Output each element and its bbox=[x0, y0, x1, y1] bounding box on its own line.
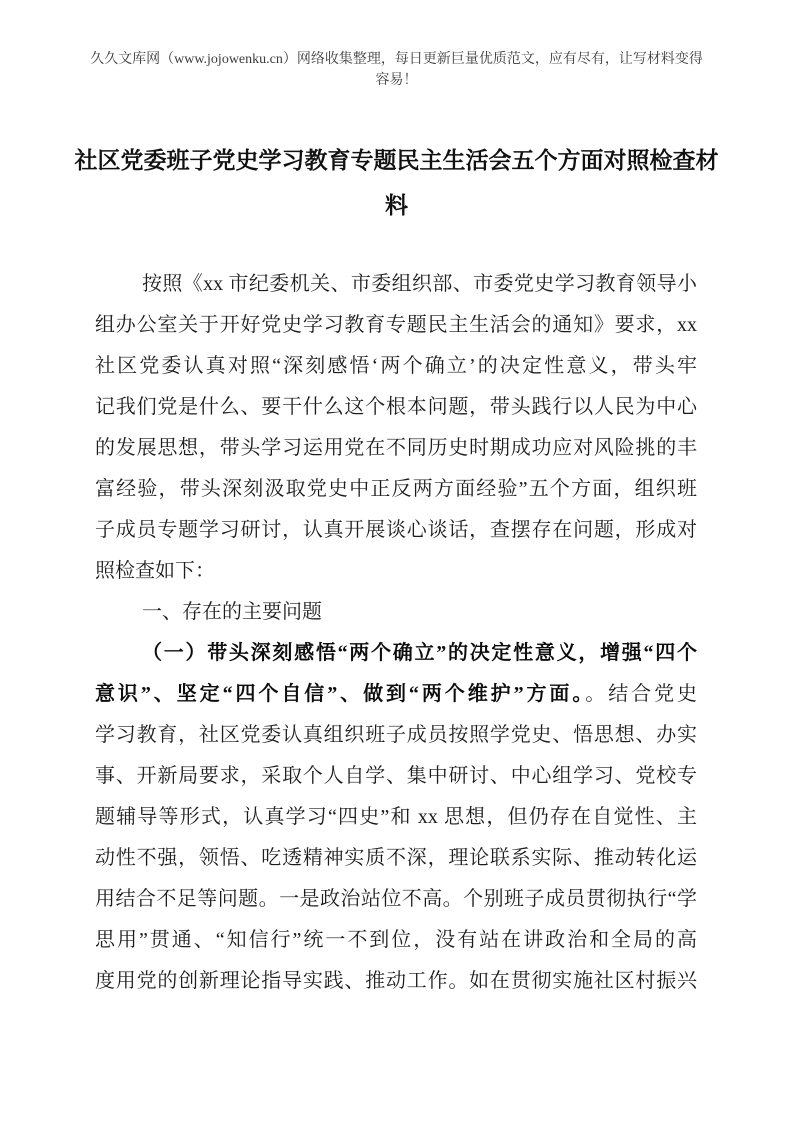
subsection-heading: （一）带头深刻感悟“两个确立”的决定性意义，增强“四个 bbox=[95, 633, 697, 674]
body-line: 富经验，带头深刻汲取党史中正反两方面经验”五个方面，组织班 bbox=[95, 469, 697, 510]
document-page: 久久文库网（www.jojowenku.cn）网络收集整理，每日更新巨量优质范文… bbox=[0, 0, 793, 1122]
body-line: 思用”贯通、“知信行”统一不到位，没有站在讲政治和全局的高 bbox=[95, 920, 697, 961]
header-line-1: 久久文库网（www.jojowenku.cn）网络收集整理，每日更新巨量优质范文… bbox=[0, 49, 793, 70]
header-line-2: 容易！ bbox=[0, 70, 793, 91]
section-heading: 一、存在的主要问题 bbox=[95, 592, 697, 633]
body-line: 记我们党是什么、要干什么这个根本问题，带头践行以人民为中心 bbox=[95, 387, 697, 428]
body-line: 照检查如下： bbox=[95, 551, 697, 592]
body-line: 子成员专题学习研讨，认真开展谈心谈话，查摆存在问题，形成对 bbox=[95, 510, 697, 551]
body-line-mixed: 意识”、坚定“四个自信”、做到“两个维护”方面。。结合党史 bbox=[95, 674, 697, 715]
body-line: 用结合不足等问题。一是政治站位不高。个别班子成员贯彻执行“学 bbox=[95, 879, 697, 920]
body-line: 的发展思想，带头学习运用党在不同历史时期成功应对风险挑的丰 bbox=[95, 428, 697, 469]
document-body: 按照《xx 市纪委机关、市委组织部、市委党史学习教育领导小 组办公室关于开好党史… bbox=[0, 264, 793, 1002]
page-header: 久久文库网（www.jojowenku.cn）网络收集整理，每日更新巨量优质范文… bbox=[0, 0, 793, 91]
body-line: 按照《xx 市纪委机关、市委组织部、市委党史学习教育领导小 bbox=[95, 264, 697, 305]
body-line: 题辅导等形式，认真学习“四史”和 xx 思想，但仍存在自觉性、主 bbox=[95, 797, 697, 838]
document-title: 社区党委班子党史学习教育专题民主生活会五个方面对照检查材 料 bbox=[70, 138, 723, 228]
body-line: 事、开新局要求，采取个人自学、集中研讨、中心组学习、党校专 bbox=[95, 756, 697, 797]
body-text: 。结合党史 bbox=[585, 683, 697, 705]
body-line: 度用党的创新理论指导实践、推动工作。如在贯彻实施社区村振兴 bbox=[95, 961, 697, 1002]
subsection-heading-continued: 意识”、坚定“四个自信”、做到“两个维护”方面。 bbox=[95, 683, 585, 705]
body-line: 动性不强，领悟、吃透精神实质不深，理论联系实际、推动转化运 bbox=[95, 838, 697, 879]
body-line: 学习教育，社区党委认真组织班子成员按照学党史、悟思想、办实 bbox=[95, 715, 697, 756]
body-line: 组办公室关于开好党史学习教育专题民主生活会的通知》要求，xx bbox=[95, 305, 697, 346]
body-line: 社区党委认真对照“深刻感悟‘两个确立’的决定性意义，带头牢 bbox=[95, 346, 697, 387]
title-line-2: 料 bbox=[70, 183, 723, 228]
title-line-1: 社区党委班子党史学习教育专题民主生活会五个方面对照检查材 bbox=[70, 138, 723, 183]
